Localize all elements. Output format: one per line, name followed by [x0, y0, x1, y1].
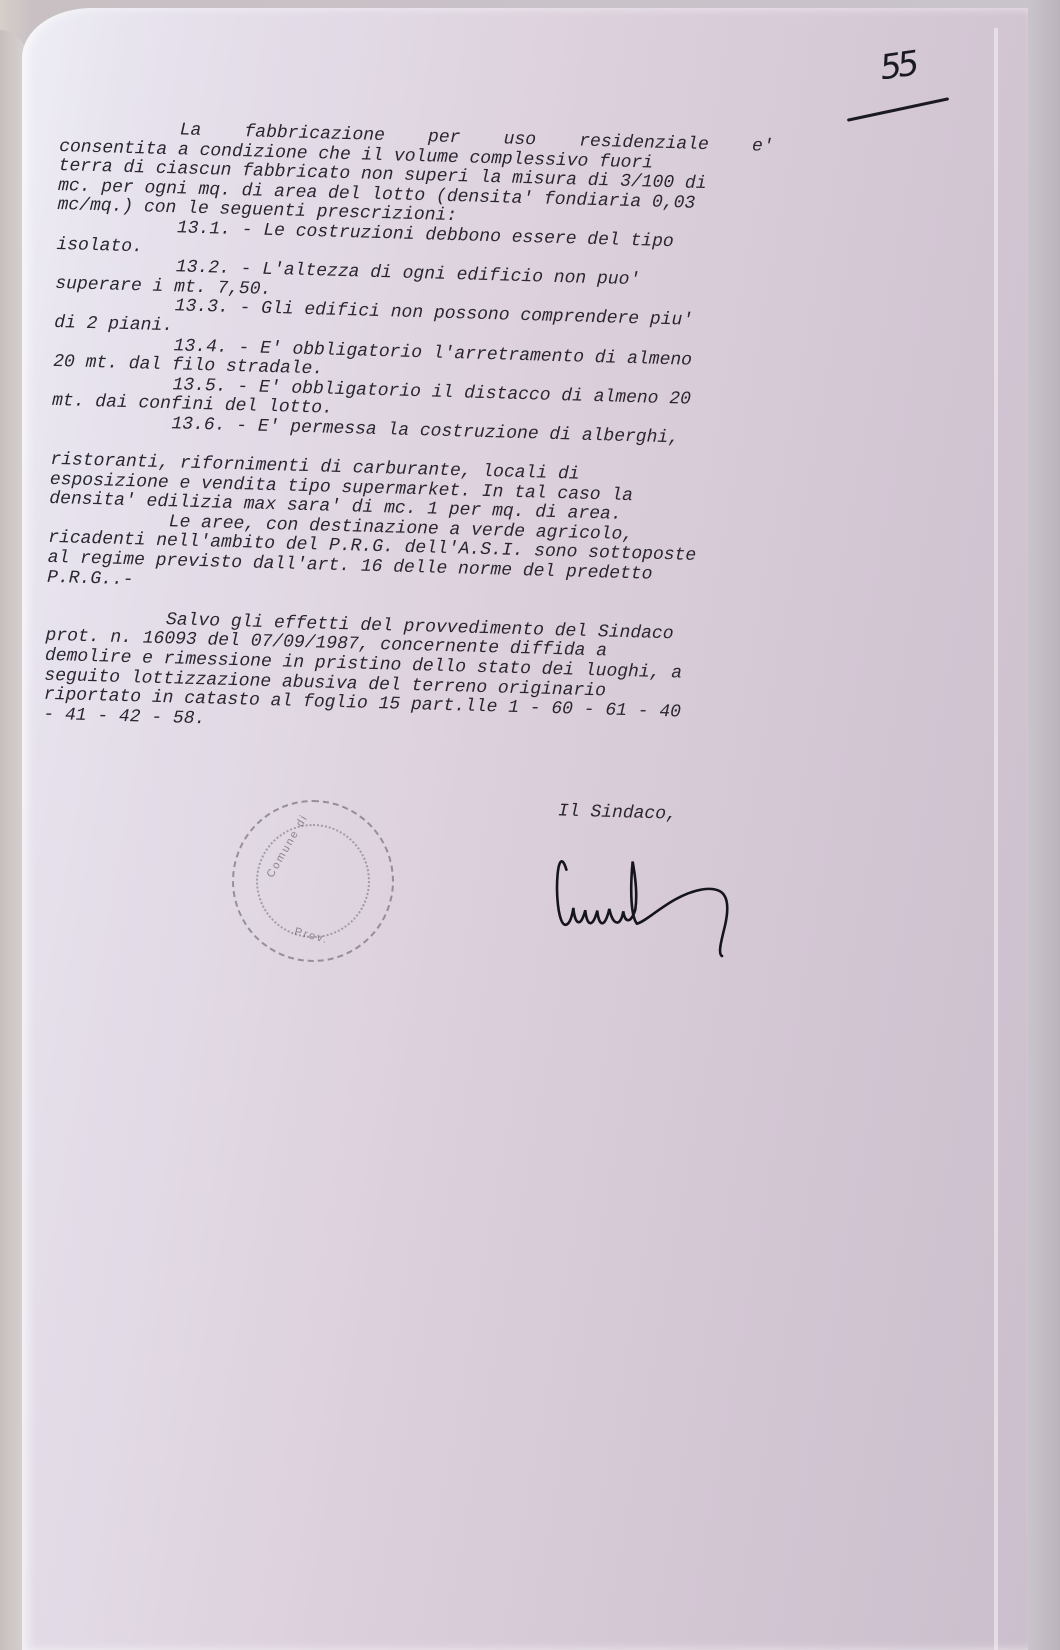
handwritten-signature	[550, 829, 744, 969]
signature-block: Il Sindaco,	[554, 801, 744, 969]
official-stamp: Comune di Prov.	[232, 800, 394, 962]
stamp-inner-ring	[256, 824, 370, 938]
closing-paragraph: Salvo gli effetti del provvedimento del …	[43, 608, 816, 747]
stacked-pages-edge	[994, 28, 998, 1650]
prescriptions-list: 13.1. - Le costruzioni debbono essere de…	[49, 216, 827, 531]
signer-title: Il Sindaco,	[558, 801, 744, 826]
handwritten-page-number: 55	[877, 44, 917, 89]
document-body: La fabbricazione per uso residenziale e'…	[43, 118, 830, 747]
